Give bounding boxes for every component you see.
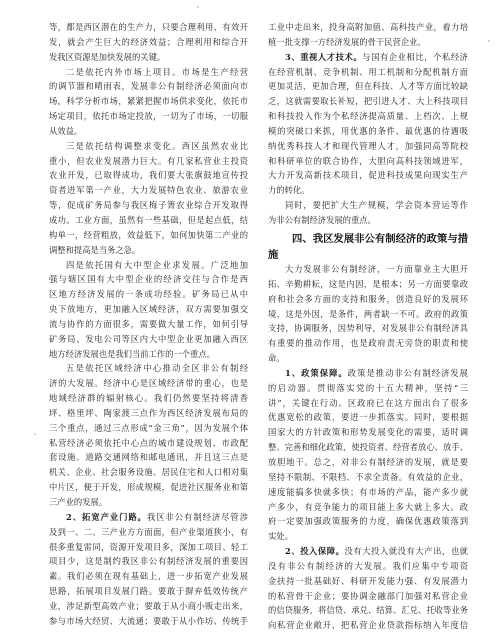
text-line: 三个重点，通过三点形成“金三角”，因为发展个体 xyxy=(49,421,248,436)
line-text: 及到一、二、三产业方方面面，但产业渠道狭小，有 xyxy=(49,527,248,537)
text-line: 讲”，关键在行动。区政府已在这方面出台了很多 xyxy=(268,396,468,411)
line-text: 府一定要加强政策服务的力度，确保优惠政策落到 xyxy=(268,516,468,526)
text-line: 2、投入保障。没有大投入就没有大产出，也就 xyxy=(268,544,468,559)
text-line: 项目少，这是制约我区非公有制经济发展的重要因 xyxy=(49,554,248,569)
text-line: 很多重复雷同，资源开发项目多，深加工项目、轻工 xyxy=(49,540,248,555)
text-line: 调整和提高是当务之急。 xyxy=(49,243,248,258)
text-line: 整、完善和细化政策，使投资者、经营者放心、放手、 xyxy=(268,440,468,455)
line-text: 参与市场大经贸、大流通；要敢于从小作坊、传统手 xyxy=(49,616,248,626)
left-column-text: 等，都是西区潜在的生产力，只要合理利用、有效开发，就会产生巨大的经济效益；合理利… xyxy=(49,20,248,629)
text-line: 场定项目，依托市场定投放，一切为了市场，一切服 xyxy=(49,109,248,124)
line-text: 国家大的方针政策和形势发展变化的需要，适时调 xyxy=(268,427,468,437)
scan-speck xyxy=(197,6,199,8)
line-text: 拓、辛勤耕耘，这是内因，是根本；另一方面要靠政 xyxy=(268,279,468,289)
line-text: 速度能搞多快就多快；有市场的产品，能产多少就 xyxy=(268,487,468,497)
text-line: 更加灵活，更加合理，但在科技、人才等方面比较缺 xyxy=(268,79,468,94)
text-line: 重小，但农业发展潜力巨大。有几家私营业主投资 xyxy=(49,154,248,169)
text-line: 央下放地方，更加融入区域经济，双方需要加强交 xyxy=(49,302,248,317)
line-text: 力的转化。 xyxy=(268,185,310,195)
line-text: 项目少，这是制约我区非公有制经济发展的重要因 xyxy=(49,556,248,566)
line-text: 放胆地干。总之，对非公有制经济的发展，就是要 xyxy=(268,457,468,467)
text-line: 场，科学分析市场，紧紧把握市场供求变化，依托市 xyxy=(49,94,248,109)
line-text: 乏，这就需要取长补短，把引进人才、大上科技项目 xyxy=(268,96,468,106)
right-column: 工业中走出来，投身高附加值、高科技产业，着力培植一批支撑一方经济发展的骨干民营企… xyxy=(268,20,468,632)
text-line: 坚持不限制、不限档、不求全责备。有效益的企业， xyxy=(268,470,468,485)
text-line: 及到一、二、三产业方方面面，但产业渠道狭小，有 xyxy=(49,525,248,540)
line-text: 境，这是外因，是条件，两者缺一不可。政府的政策 xyxy=(268,309,468,319)
text-line: 中片区，便于开发，形成规模，促进社区服务业和第 xyxy=(49,480,248,495)
text-line: 和科技投入作为个私经济提高质量、上档次、上规 xyxy=(268,109,468,124)
line-text: 强与辖区国有大中型企业的经济交往与合作是西 xyxy=(49,274,248,284)
line-text: 与国有企业相比，个私经济 xyxy=(362,52,468,62)
line-text: 地方经济发展也是我们当前工作的一个重点。 xyxy=(49,349,215,359)
line-text: 素。我们必须在现有基础上，进一步拓宽产业发展 xyxy=(49,571,248,581)
text-line: 3、重视人才技术。与国有企业相比，个私经济 xyxy=(268,50,468,65)
bold-subheading: 3、重视人才技术。 xyxy=(285,52,362,62)
text-line: 成功。工业方面，虽然有一些基础，但是起点低，结 xyxy=(49,213,248,228)
text-line: 和科研单位的联合协作，大胆向高科技领域进军， xyxy=(268,154,468,169)
scan-speck xyxy=(488,40,490,42)
line-text: 金扶持一批基础好、科研开发能力强、有发展潜力 xyxy=(268,576,468,586)
line-text: 的信贷服务，将信贷、承兑、结算、汇兑、托收等业务 xyxy=(268,605,468,615)
text-line: 拓、辛勤耕耘，这是内因，是根本；另一方面要靠政 xyxy=(268,277,468,292)
text-line: 发我区资源是加快发展的关键。 xyxy=(49,50,248,65)
text-line: 区地方经济发展的一条成功经验。矿务局已从中 xyxy=(49,287,248,302)
line-text: 三个重点，通过三点形成“金三角”，因为发展个体 xyxy=(49,423,248,433)
text-line: 的调节器和晴雨表，发展非公有制经济必须面向市 xyxy=(49,79,248,94)
text-line: 思路，拓展项目发展门路。要敢于摒弃低效传统产 xyxy=(49,584,248,599)
text-line: 2、拓宽产业门路。我区非公有制经济尽管涉 xyxy=(49,510,248,525)
line-text: 有重要的推动作用，也是政府责无旁贷的职责和使 xyxy=(268,338,468,348)
text-line: 参与市场大经贸、大流通；要敢于从小作坊、传统手 xyxy=(49,614,248,629)
text-line: 向私营企业敞开，把私营企业贷款指标纳入年度信 xyxy=(268,618,468,632)
text-line: 的信贷服务，将信贷、承兑、结算、汇兑、托收等业务 xyxy=(268,603,468,618)
line-text: 四是依托国有大中型企业求发展。广泛地加 xyxy=(66,260,248,270)
line-text: 地域经济群的辐射核心。我们仍然要坚持将清香 xyxy=(49,393,248,403)
text-line: 等，促成矿务局参与我区梅子箐农业综合开发取得 xyxy=(49,198,248,213)
text-line: 强与辖区国有大中型企业的经济交往与合作是西 xyxy=(49,272,248,287)
text-line: 矿务局、发电公司等区内大中型企业更加融入西区 xyxy=(49,332,248,347)
text-line: 在经营机制、竞争机制、用工机制和分配机制方面 xyxy=(268,65,468,80)
line-text: 植一批支撑一方经济发展的骨干民营企业。 xyxy=(268,37,426,47)
scan-speck xyxy=(34,433,36,435)
line-text: 为非公有制经济发展的重点。 xyxy=(268,215,376,225)
text-line: 放胆地干。总之，对非公有制经济的发展，就是要 xyxy=(268,455,468,470)
section-heading-line-2: 施 xyxy=(268,247,468,263)
left-column: 等，都是西区潜在的生产力，只要合理利用、有效开发，就会产生巨大的经济效益；合理利… xyxy=(49,20,248,629)
line-text: 我区非公有制经济尽管涉 xyxy=(147,512,248,522)
line-text: 资者进军第一产业，大力发展特色农业、旅游农业 xyxy=(49,185,248,195)
line-text: 农业开发，已取得成功，我们要大张旗鼓地宣传投 xyxy=(49,170,248,180)
text-line: 坪、格里坪、陶家渡三点作为西区经济发展布局的 xyxy=(49,406,248,421)
line-text: 调整和提高是当务之急。 xyxy=(49,245,140,255)
bold-subheading: 2、投入保障。 xyxy=(285,546,345,556)
line-text: 纳优秀科技人才和现代管理人才，加强同高等院校 xyxy=(268,141,468,151)
text-line: 金扶持一批基础好、科研开发能力强、有发展潜力 xyxy=(268,574,468,589)
text-line: 1、政策保障。政策是推动非公有制经济发展 xyxy=(268,366,468,381)
line-text: 府和社会多方面的支持和服务，创造良好的发展环 xyxy=(268,294,468,304)
line-text: 从效益。 xyxy=(49,126,82,136)
line-text: 构单一，经营粗放，效益低下，如何加快第二产业的 xyxy=(49,230,248,240)
text-line: 构单一，经营粗放，效益低下，如何加快第二产业的 xyxy=(49,228,248,243)
line-text: 没有非公有制经济的大发展。我们应集中专项资 xyxy=(268,561,468,571)
text-line: 实处。 xyxy=(268,529,468,544)
line-text: 重小，但农业发展潜力巨大。有几家私营业主投资 xyxy=(49,156,248,166)
text-line: 的启动器。贯彻落实党的十五大精神，坚持“三 xyxy=(268,381,468,396)
text-line: 套设施、道路交通网络和邮电通讯，并且这三点是 xyxy=(49,450,248,465)
line-text: 同时，要把扩大生产规模，学会资本营运等作 xyxy=(285,200,468,210)
line-text: 区地方经济发展的一条成功经验。矿务局已从中 xyxy=(49,289,248,299)
line-text: 大力发展非公有制经济，一方面靠业主大胆开 xyxy=(285,264,468,274)
text-line: 济的大发展。经济中心是区域经济带的重心，也是 xyxy=(49,376,248,391)
line-text: 场，科学分析市场，紧紧把握市场供求变化，依托市 xyxy=(49,96,248,106)
text-line: 五是依托区域经济中心推动全区非公有制经 xyxy=(49,361,248,376)
text-line: 二是依托内外市场上项目。市场是生产经营 xyxy=(49,65,248,80)
line-text: 优惠宽松的政策，要进一步抓落实。同时，要根据 xyxy=(268,412,468,422)
line-text: 思路，拓展项目发展门路。要敢于摒弃低效传统产 xyxy=(49,586,248,596)
text-line: 私营经济必须依托中心点的城市建设规划、市政配 xyxy=(49,436,248,451)
line-text: 模的突破口来抓，用优惠的条件、最优惠的待遇吸 xyxy=(268,126,468,136)
line-text: 五是依托区域经济中心推动全区非公有制经 xyxy=(66,363,248,373)
text-line: 府一定要加强政策服务的力度，确保优惠政策落到 xyxy=(268,514,468,529)
text-line: 农业开发，已取得成功，我们要大张旗鼓地宣传投 xyxy=(49,168,248,183)
text-line: 速度能搞多快就多快；有市场的产品，能产多少就 xyxy=(268,485,468,500)
line-text: 的私营骨干企业；要协调金融部门加强对私营企业 xyxy=(268,591,468,601)
line-text: 政策是推动非公有制经济发展 xyxy=(348,368,468,378)
text-line: 流与协作的方面很多，需要做大量工作，如何引导 xyxy=(49,317,248,332)
line-text: 成功。工业方面，虽然有一些基础，但是起点低，结 xyxy=(49,215,248,225)
line-text: 三是依托结构调整求变化。西区虽然农业比 xyxy=(66,141,248,151)
text-line: 命。 xyxy=(268,351,468,366)
text-line: 没有非公有制经济的大发展。我们应集中专项资 xyxy=(268,559,468,574)
line-text: 更加灵活，更加合理，但在科技、人才等方面比较缺 xyxy=(268,81,468,91)
section-heading: 四、我区发展非公有制经济的政策与措 施 xyxy=(268,228,468,262)
section-heading-line-1: 四、我区发展非公有制经济的政策与措 xyxy=(268,231,468,247)
line-text: 场定项目，依托市场定投放，一切为了市场，一切服 xyxy=(49,111,248,121)
text-line: 境，这是外因，是条件，两者缺一不可。政府的政策 xyxy=(268,307,468,322)
line-text: 二是依托内外市场上项目。市场是生产经营 xyxy=(66,67,248,77)
text-line: 国家大的方针政策和形势发展变化的需要，适时调 xyxy=(268,425,468,440)
line-text: 中片区，便于开发，形成规模，促进社区服务业和第 xyxy=(49,482,248,492)
line-text: 大力开发高新技术项目，促进科技成果向现实生产 xyxy=(268,170,468,180)
right-column-text-top: 工业中走出来，投身高附加值、高科技产业，着力培植一批支撑一方经济发展的骨干民营企… xyxy=(268,20,468,228)
line-text: 发，就会产生巨大的经济效益；合理利用和综合开 xyxy=(49,37,248,47)
line-text: 在经营机制、竞争机制、用工机制和分配机制方面 xyxy=(268,67,468,77)
text-line: 产多少，有竞争能力的项目能上多大就上多大。政 xyxy=(268,500,468,515)
text-line: 纳优秀科技人才和现代管理人才，加强同高等院校 xyxy=(268,139,468,154)
text-line: 府和社会多方面的支持和服务，创造良好的发展环 xyxy=(268,292,468,307)
line-text: 坪、格里坪、陶家渡三点作为西区经济发展布局的 xyxy=(49,408,248,418)
line-text: 坚持不限制、不限档、不求全责备。有效益的企业， xyxy=(268,472,468,482)
text-line: 为非公有制经济发展的重点。 xyxy=(268,213,468,228)
line-text: 和科技投入作为个私经济提高质量、上档次、上规 xyxy=(268,111,468,121)
bold-subheading: 1、政策保障。 xyxy=(285,368,348,378)
text-line: 大力发展非公有制经济，一方面靠业主大胆开 xyxy=(268,262,468,277)
text-line: 模的突破口来抓，用优惠的条件、最优惠的待遇吸 xyxy=(268,124,468,139)
line-text: 矿务局、发电公司等区内大中型企业更加融入西区 xyxy=(49,334,248,344)
line-text: 和科研单位的联合协作，大胆向高科技领域进军， xyxy=(268,156,468,166)
text-line: 等，都是西区潜在的生产力，只要合理利用、有效开 xyxy=(49,20,248,35)
line-text: 套设施、道路交通网络和邮电通讯，并且这三点是 xyxy=(49,452,248,462)
text-line: 工业中走出来，投身高附加值、高科技产业，着力培 xyxy=(268,20,468,35)
line-text: 私营经济必须依托中心点的城市建设规划、市政配 xyxy=(49,438,248,448)
line-text: 讲”，关键在行动。区政府已在这方面出台了很多 xyxy=(268,398,468,408)
text-line: 业，涉足新型高效产业；要敢于从小商小贩走出来， xyxy=(49,599,248,614)
text-line: 三产业的发展。 xyxy=(49,495,248,510)
line-text: 没有大投入就没有大产出，也就 xyxy=(345,546,468,556)
text-line: 三是依托结构调整求变化。西区虽然农业比 xyxy=(49,139,248,154)
line-text: 等，促成矿务局参与我区梅子箐农业综合开发取得 xyxy=(49,200,248,210)
text-line: 从效益。 xyxy=(49,124,248,139)
text-line: 优惠宽松的政策，要进一步抓落实。同时，要根据 xyxy=(268,410,468,425)
text-line: 同时，要把扩大生产规模，学会资本营运等作 xyxy=(268,198,468,213)
line-text: 支持，协调服务，因势利导，对发展非公有制经济具 xyxy=(268,323,468,333)
line-text: 向私营企业敞开，把私营企业贷款指标纳入年度信 xyxy=(268,620,468,630)
text-line: 支持，协调服务，因势利导，对发展非公有制经济具 xyxy=(268,321,468,336)
line-text: 等，都是西区潜在的生产力，只要合理利用、有效开 xyxy=(49,22,248,32)
text-line: 发，就会产生巨大的经济效益；合理利用和综合开 xyxy=(49,35,248,50)
text-line: 有重要的推动作用，也是政府责无旁贷的职责和使 xyxy=(268,336,468,351)
line-text: 业，涉足新型高效产业；要敢于从小商小贩走出来， xyxy=(49,601,248,611)
text-line: 乏，这就需要取长补短，把引进人才、大上科技项目 xyxy=(268,94,468,109)
text-line: 素。我们必须在现有基础上，进一步拓宽产业发展 xyxy=(49,569,248,584)
line-text: 整、完善和细化政策，使投资者、经营者放心、放手、 xyxy=(268,442,468,452)
text-line: 大力开发高新技术项目，促进科技成果向现实生产 xyxy=(268,168,468,183)
line-text: 产多少，有竞争能力的项目能上多大就上多大。政 xyxy=(268,502,468,512)
line-text: 工业中走出来，投身高附加值、高科技产业，着力培 xyxy=(268,22,468,32)
text-line: 植一批支撑一方经济发展的骨干民营企业。 xyxy=(268,35,468,50)
text-line: 四是依托国有大中型企业求发展。广泛地加 xyxy=(49,258,248,273)
line-text: 三产业的发展。 xyxy=(49,497,107,507)
line-text: 实处。 xyxy=(268,531,293,541)
line-text: 命。 xyxy=(268,353,285,363)
text-line: 力的转化。 xyxy=(268,183,468,198)
line-text: 济的大发展。经济中心是区域经济带的重心，也是 xyxy=(49,378,248,388)
text-line: 资者进军第一产业，大力发展特色农业、旅游农业 xyxy=(49,183,248,198)
text-line: 地方经济发展也是我们当前工作的一个重点。 xyxy=(49,347,248,362)
text-line: 机关、企业、社会服务设施、居民住宅和人口相对集 xyxy=(49,465,248,480)
text-line: 地域经济群的辐射核心。我们仍然要坚持将清香 xyxy=(49,391,248,406)
right-column-text-bottom: 大力发展非公有制经济，一方面靠业主大胆开拓、辛勤耕耘，这是内因，是根本；另一方面… xyxy=(268,262,468,632)
line-text: 流与协作的方面很多，需要做大量工作，如何引导 xyxy=(49,319,248,329)
bold-subheading: 2、拓宽产业门路。 xyxy=(66,512,147,522)
line-text: 发我区资源是加快发展的关键。 xyxy=(49,52,165,62)
line-text: 机关、企业、社会服务设施、居民住宅和人口相对集 xyxy=(49,467,248,477)
line-text: 的启动器。贯彻落实党的十五大精神，坚持“三 xyxy=(268,383,468,393)
line-text: 的调节器和晴雨表，发展非公有制经济必须面向市 xyxy=(49,81,248,91)
line-text: 央下放地方，更加融入区域经济，双方需要加强交 xyxy=(49,304,248,314)
text-line: 的私营骨干企业；要协调金融部门加强对私营企业 xyxy=(268,589,468,604)
line-text: 很多重复雷同，资源开发项目多，深加工项目、轻工 xyxy=(49,542,248,552)
